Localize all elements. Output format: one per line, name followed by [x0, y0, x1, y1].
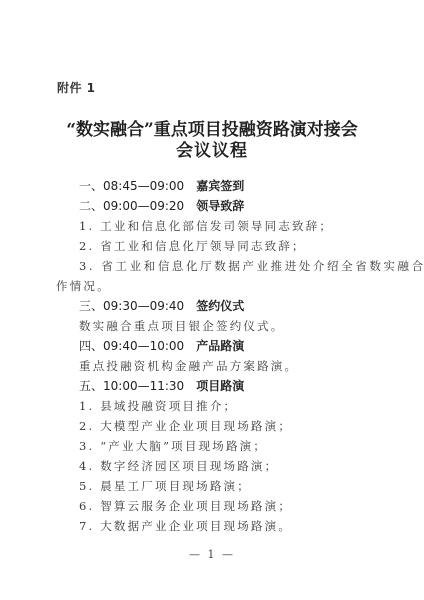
section-number: 二、 — [79, 199, 103, 213]
section-number: 一、 — [79, 179, 103, 193]
section-name: 产品路演 — [196, 339, 244, 353]
agenda-item-continuation: 作情况。 — [56, 276, 370, 296]
section-name: 嘉宾签到 — [196, 179, 244, 193]
agenda-section-heading: 四、09:40—10:00产品路演 — [56, 336, 370, 356]
section-number: 五、 — [79, 379, 103, 393]
page-number: — 1 — — [0, 548, 424, 561]
agenda-body: 一、08:45—09:00嘉宾签到 二、09:00—09:20领导致辞 1. 工… — [56, 176, 370, 536]
section-time: 09:30—09:40 — [103, 296, 184, 316]
agenda-item: 2. 大模型产业企业项目现场路演； — [56, 416, 370, 436]
section-name: 签约仪式 — [196, 299, 244, 313]
section-time: 10:00—11:30 — [103, 376, 184, 396]
agenda-section-heading: 一、08:45—09:00嘉宾签到 — [56, 176, 370, 196]
section-time: 09:00—09:20 — [103, 196, 184, 216]
section-number: 四、 — [79, 339, 103, 353]
section-number: 三、 — [79, 299, 103, 313]
agenda-item: 7. 大数据产业企业项目现场路演。 — [56, 516, 370, 536]
agenda-item: 重点投融资机构金融产品方案路演。 — [56, 356, 370, 376]
agenda-item: 4. 数字经济园区项目现场路演； — [56, 456, 370, 476]
section-time: 08:45—09:00 — [103, 176, 184, 196]
agenda-item: 5. 晨星工厂项目现场路演； — [56, 476, 370, 496]
agenda-item: 3. “产业大脑”项目现场路演； — [56, 436, 370, 456]
section-name: 领导致辞 — [196, 199, 244, 213]
agenda-section-heading: 二、09:00—09:20领导致辞 — [56, 196, 370, 216]
agenda-item: 6. 智算云服务企业项目现场路演； — [56, 496, 370, 516]
document-page: 附件 1 “数实融合”重点项目投融资路演对接会 会议议程 一、08:45—09:… — [0, 0, 424, 600]
agenda-section-heading: 五、10:00—11:30项目路演 — [56, 376, 370, 396]
agenda-item: 数实融合重点项目银企签约仪式。 — [56, 316, 370, 336]
agenda-item: 2. 省工业和信息化厅领导同志致辞； — [56, 236, 370, 256]
section-time: 09:40—10:00 — [103, 336, 184, 356]
agenda-item: 3. 省工业和信息化厅数据产业推进处介绍全省数实融合工 — [56, 256, 370, 276]
document-subtitle: 会议议程 — [0, 136, 424, 161]
attachment-label: 附件 1 — [57, 79, 96, 96]
agenda-item: 1. 县域投融资项目推介； — [56, 396, 370, 416]
agenda-section-heading: 三、09:30—09:40签约仪式 — [56, 296, 370, 316]
section-name: 项目路演 — [196, 379, 244, 393]
agenda-item: 1. 工业和信息化部信发司领导同志致辞； — [56, 216, 370, 236]
